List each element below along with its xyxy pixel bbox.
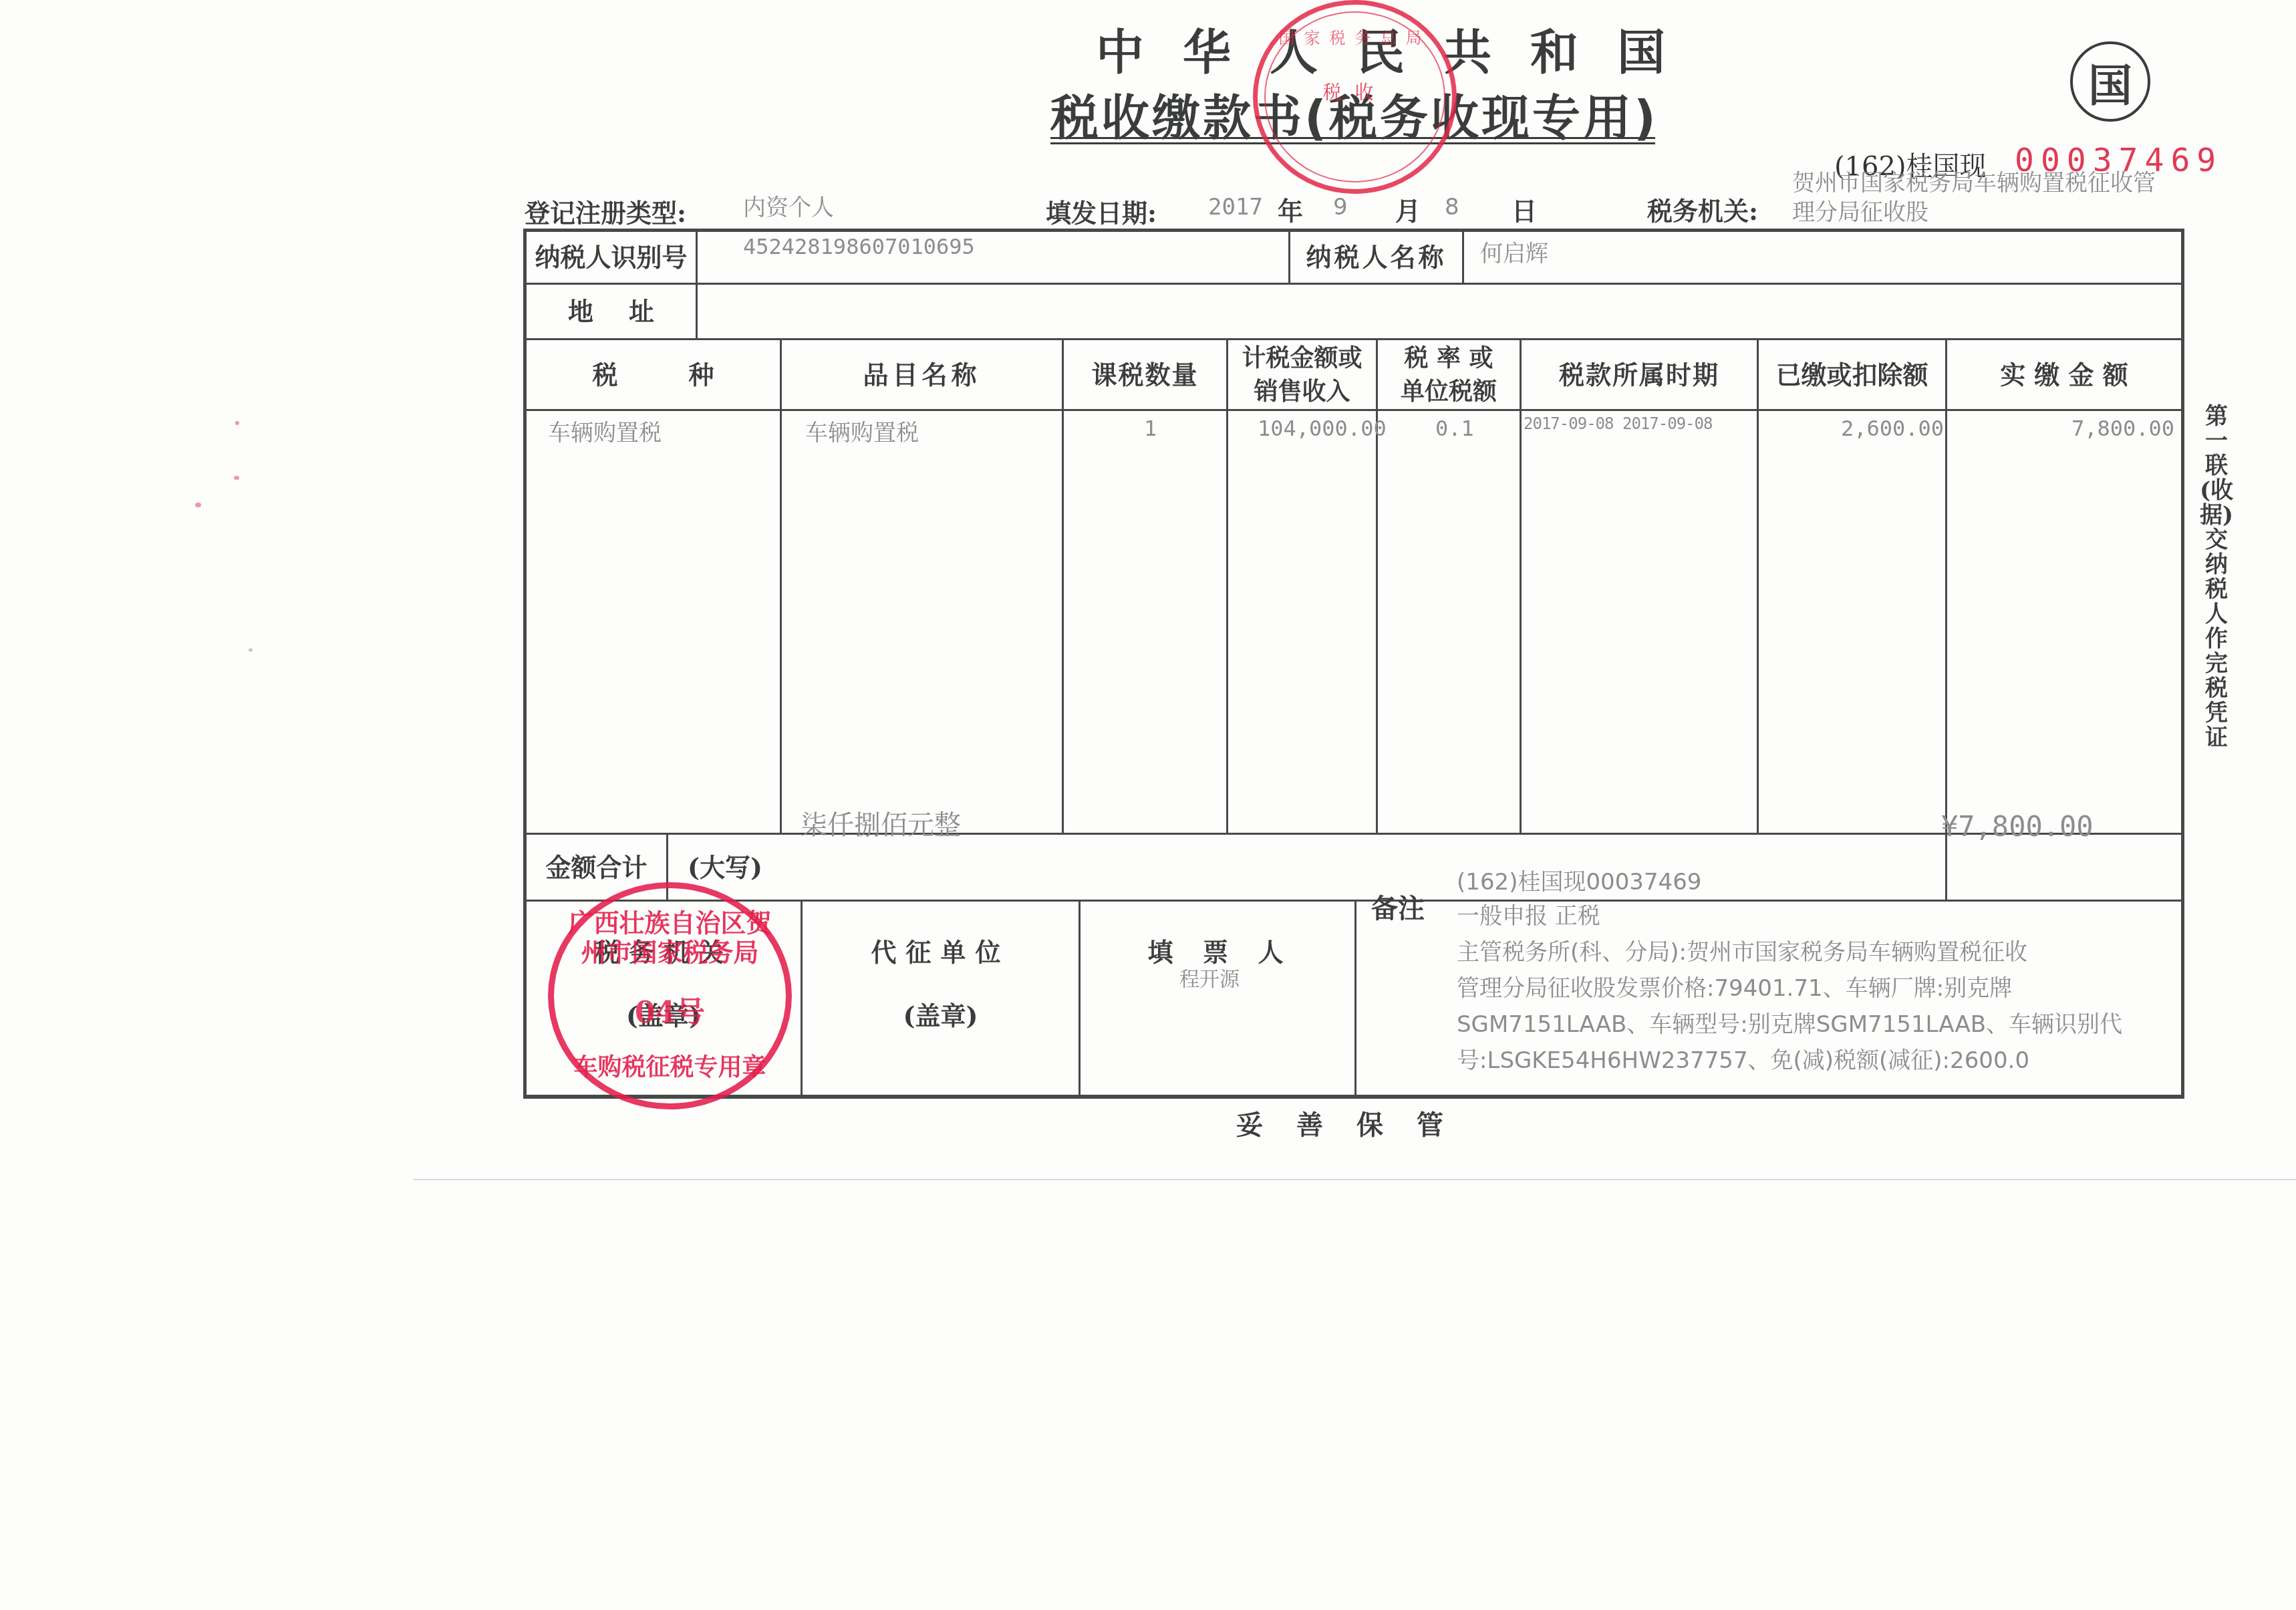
column-header-item-name: 品目名称 [782,340,1062,409]
column-divider [1226,340,1228,834]
registration-type-value: 内资个人 [743,189,834,222]
remarks-content: (162)桂国现00037469 一般申报 正税 主管税务所(科、分局):贺州市… [1457,869,2165,1079]
address-label: 地 址 [527,285,696,338]
total-uppercase-value: 柒仟捌佰元整 [801,804,961,842]
column-header-taxable-amount: 计税金额或 销售收入 [1228,340,1376,409]
seal-number: 04号 [554,988,786,1031]
total-amount: ¥7,800.00 [1941,810,2094,843]
table-row-quantity: 1 [1144,416,1157,441]
remarks-line: 主管税务所(科、分局):贺州市国家税务局车辆购置税征收 [1457,934,2165,970]
seal-center-text: 税收 [1258,78,1452,105]
column-header-paid-deducted: 已缴或扣除额 [1759,340,1945,409]
row-divider [523,409,2184,411]
column-divider [1945,340,1947,834]
table-right-border [2181,229,2184,1099]
seal-arc-text: 国家税务总局 [1258,25,1452,48]
table-row-paid-deducted: 2,600.00 [1841,416,1944,441]
cell-divider [696,231,698,340]
column-header-quantity: 课税数量 [1064,340,1226,409]
cell-divider [1079,901,1081,1096]
column-divider [780,340,782,834]
taxpayer-name-label: 纳税人名称 [1290,232,1462,283]
issue-day: 8 [1445,194,1459,221]
column-divider [1062,340,1064,834]
column-header-actual-paid: 实 缴 金 额 [1947,340,2181,409]
remarks-line: 号:LSGKE54H6HW237757、免(减)税额(减征):2600.0 [1457,1043,2165,1079]
issue-year: 2017 [1208,194,1263,221]
row-divider [523,283,2184,285]
issuer-name: 程开源 [1179,962,1240,992]
scan-speck [249,648,253,652]
tax-authority-label: 税务机关: [1647,190,1758,227]
day-unit: 日 [1512,190,1537,227]
table-row-tax-type: 车辆购置税 [548,414,662,447]
cell-divider [1462,231,1464,284]
keep-safe-note: 妥善保管 [1236,1104,1477,1142]
agent-unit-seal-label: (盖章) [803,996,1079,1036]
table-row-tax-period: 2017-09-08 2017-09-08 [1524,414,1712,433]
tax-bureau-seal-stamp: 国家税务总局 税收 [1253,0,1457,194]
table-bottom-border [523,1095,2184,1099]
registration-type-label: 登记注册类型: [525,192,686,229]
column-divider [1757,340,1759,834]
taxpayer-id-value: 452428198607010695 [743,234,975,259]
seal-bottom-text: 车购税征税专用章 [554,1049,786,1083]
month-unit: 月 [1395,190,1421,227]
issue-date-label: 填发日期: [1046,192,1157,229]
copy-designation-note: 第一联(收据)交纳税人作完税凭证 [2200,404,2233,751]
table-row-item-name: 车辆购置税 [805,414,919,447]
paper-edge [413,1179,2296,1180]
column-header-tax-type: 税 种 [527,340,780,409]
scan-speck [195,503,201,507]
scan-speck [234,476,239,480]
national-tax-badge-icon: 国 [2070,41,2150,122]
column-header-tax-period: 税款所属时期 [1522,340,1757,409]
column-header-tax-rate: 税 率 或 单位税额 [1378,340,1520,409]
remarks-label: 备注 [1371,888,1425,926]
table-row-tax-rate: 0.1 [1435,416,1474,441]
seal-arc-text: 广西壮族自治区贺州市国家税务局 [567,908,772,967]
table-row-actual-paid: 7,800.00 [2071,416,2174,441]
agent-unit-label: 代征单位 [803,932,1079,972]
remarks-line: 一般申报 正税 [1457,898,2165,934]
year-unit: 年 [1278,190,1303,227]
table-row-taxable-amount: 104,000.00 [1258,416,1387,441]
remarks-line: SGM7151LAAB、车辆型号:别克牌SGM7151LAAB、车辆识别代 [1457,1007,2165,1043]
tax-authority-value: 贺州市国家税务局车辆购置税征收管理分局征收股 [1792,168,2166,227]
column-divider [1376,340,1378,834]
column-divider [1520,340,1522,834]
remarks-line: (162)桂国现00037469 [1457,869,2165,896]
taxpayer-name-value: 何启辉 [1480,235,1548,268]
scan-speck [235,421,239,425]
cell-divider [1354,901,1356,1096]
tax-office-seal-stamp: 广西壮族自治区贺州市国家税务局 04号 车购税征税专用章 [548,882,792,1109]
remarks-line: 管理分局征收股发票价格:79401.71、车辆厂牌:别克牌 [1457,970,2165,1007]
taxpayer-id-label: 纳税人识别号 [527,232,696,283]
issue-month: 9 [1333,194,1348,221]
